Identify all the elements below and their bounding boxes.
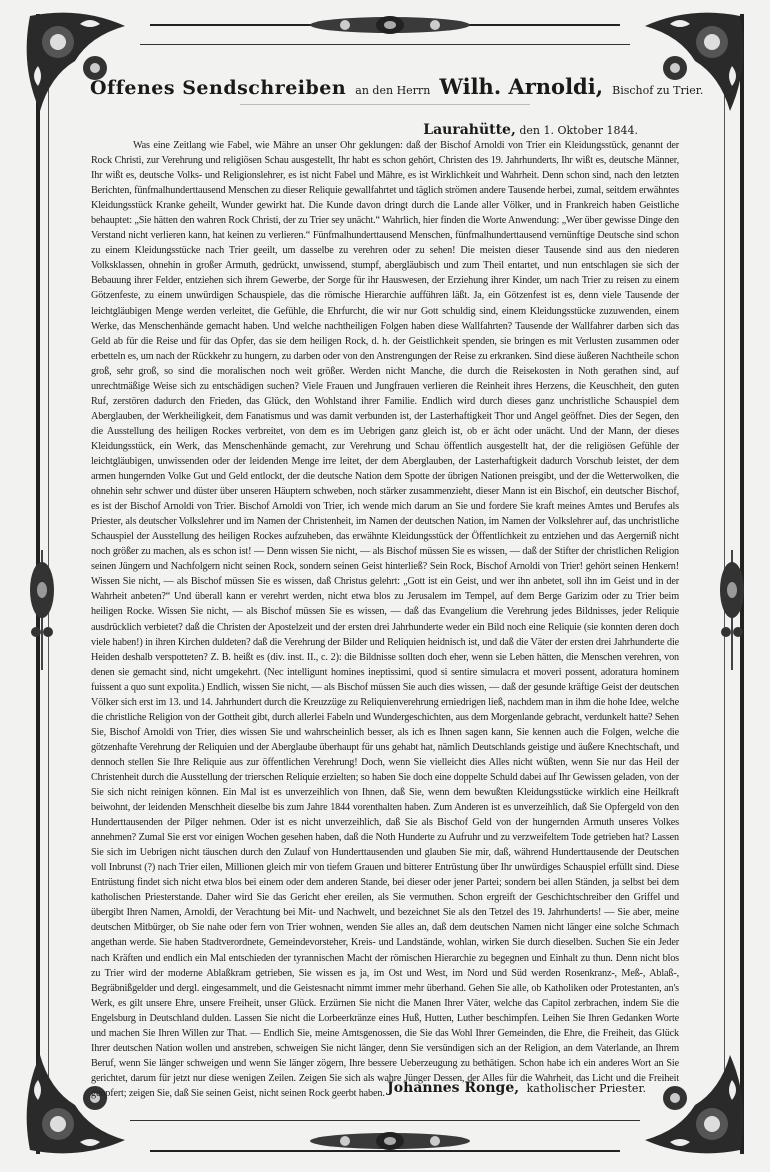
signature-role: katholischer Priester. xyxy=(527,1082,646,1095)
dateline-place: Laurahütte, xyxy=(423,122,516,138)
dateline-date: den 1. Oktober 1844. xyxy=(519,124,638,137)
letter-paragraph: Was eine Zeitlang wie Fabel, wie Mähre a… xyxy=(91,138,679,1101)
bottom-inner-rule xyxy=(130,1120,640,1121)
signature: Johannes Ronge, katholischer Priester. xyxy=(387,1080,646,1096)
letter-body: Was eine Zeitlang wie Fabel, wie Mähre a… xyxy=(91,138,679,1101)
corner-ornament-top-left xyxy=(20,6,130,116)
right-side-ornament xyxy=(718,550,746,670)
title-office: Bischof zu Trier. xyxy=(612,84,703,97)
bottom-center-ornament xyxy=(305,1128,475,1154)
title-rule xyxy=(240,104,530,105)
floral-ornament-icon xyxy=(20,6,130,116)
top-inner-rule xyxy=(140,44,630,45)
left-side-ornament xyxy=(28,550,56,670)
floral-ornament-icon xyxy=(640,6,750,116)
top-center-ornament xyxy=(305,12,475,38)
signature-name: Johannes Ronge, xyxy=(387,1080,519,1096)
dateline: Laurahütte, den 1. Oktober 1844. xyxy=(423,122,638,138)
document-title: Offenes Sendschreiben an den Herrn Wilh.… xyxy=(90,74,690,99)
scroll-ornament-icon xyxy=(305,12,475,38)
vine-ornament-icon xyxy=(718,550,746,670)
title-main: Offenes Sendschreiben xyxy=(90,77,346,99)
scroll-ornament-icon xyxy=(305,1128,475,1154)
corner-ornament-top-right xyxy=(640,6,750,116)
title-addressee: Wilh. Arnoldi, xyxy=(439,74,603,99)
title-connector: an den Herrn xyxy=(355,84,430,97)
vine-ornament-icon xyxy=(28,550,56,670)
